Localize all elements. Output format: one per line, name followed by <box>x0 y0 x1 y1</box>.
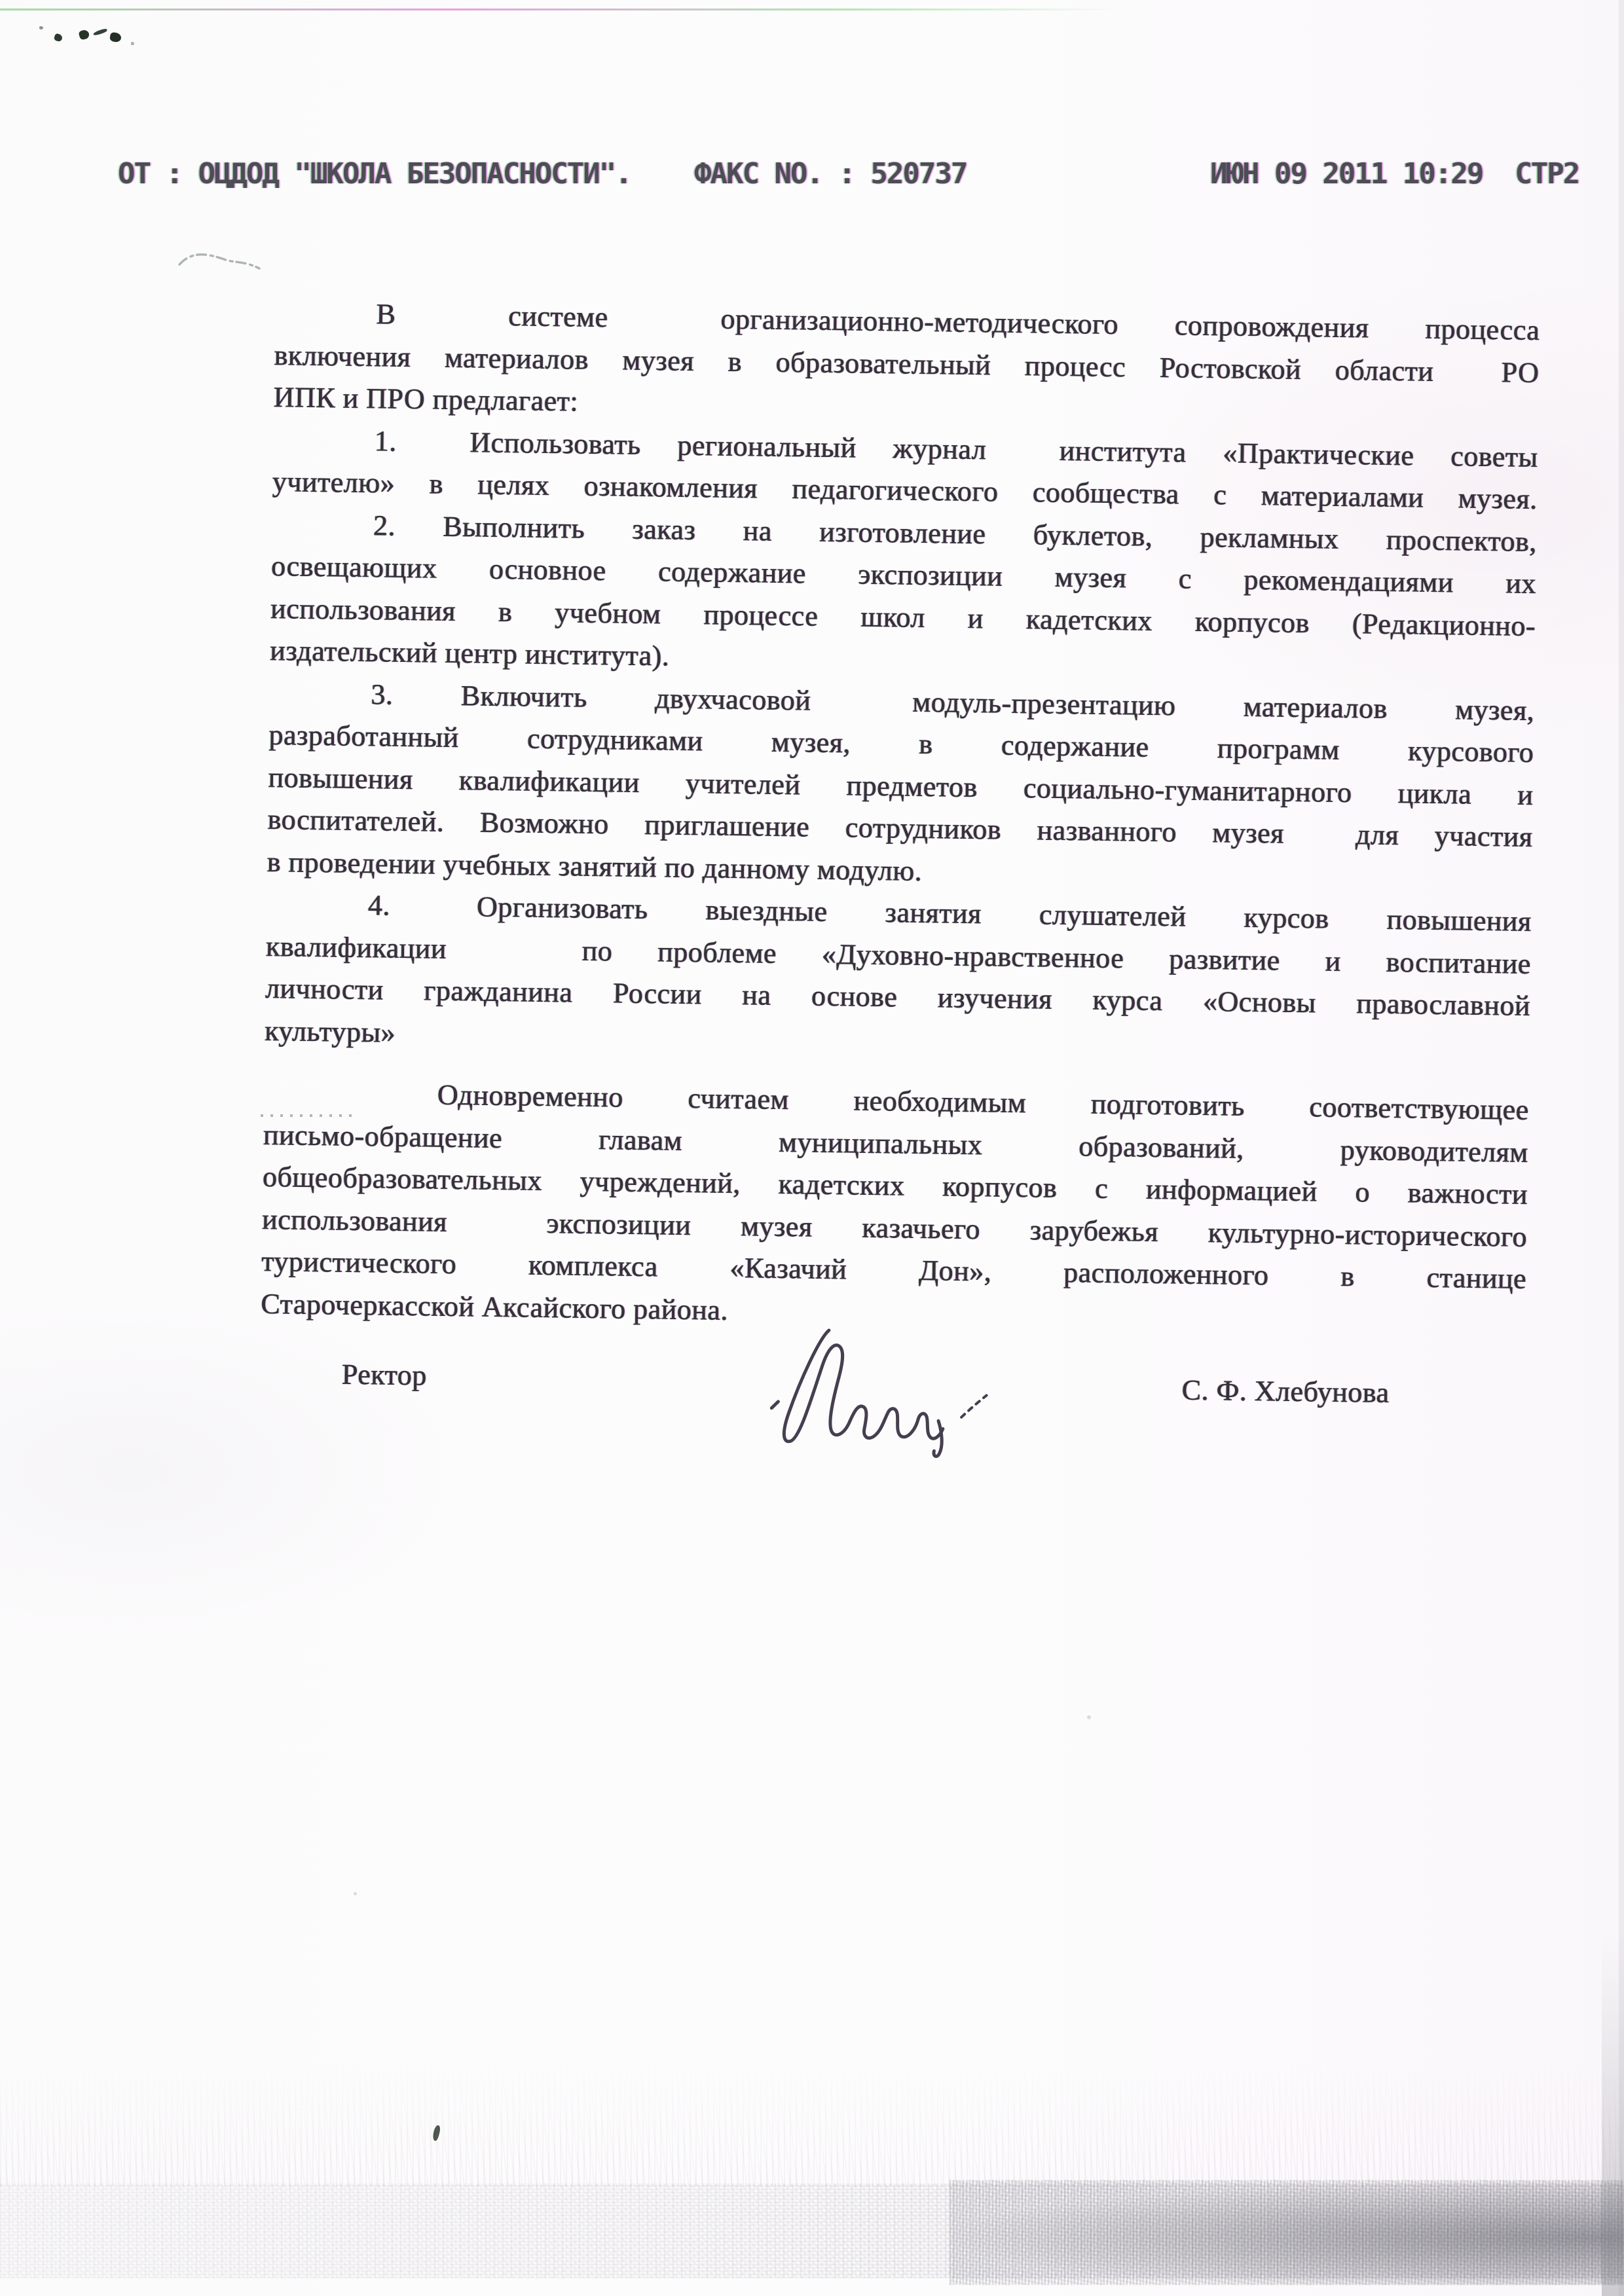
ink-speck <box>93 28 108 37</box>
scan-edge-streak <box>1619 0 1624 2296</box>
paragraph: 3. Включить двухчасовой модуль-презентац… <box>267 672 1534 900</box>
ink-speck <box>53 33 63 42</box>
fax-header-date-page: ИЮН 09 2011 10:29 СТР2 <box>1210 157 1579 191</box>
handwritten-signature <box>745 1315 1002 1462</box>
paragraph: 2. Выполнить заказ на изготовление букле… <box>270 503 1537 689</box>
fax-header-fax-number: ФАКС NO. : 520737 <box>694 157 967 191</box>
ink-speck <box>78 29 90 40</box>
fax-header: ОТ : ОЦДОД "ШКОЛА БЕЗОПАСНОСТИ". ФАКС NO… <box>0 157 1624 194</box>
ink-speck <box>109 32 122 43</box>
scan-artifact-topline <box>0 9 1126 10</box>
pencil-squiggle-mark <box>175 244 274 283</box>
paragraph: Одновременно считаем необходимым подгото… <box>261 1072 1529 1343</box>
signatory-title: Ректор <box>341 1354 427 1397</box>
scan-speck <box>354 1892 357 1895</box>
paragraph: 4. Организовать выездные занятия слушате… <box>265 883 1532 1070</box>
scan-noise-band-right <box>950 2180 1624 2285</box>
scanned-fax-page: ОТ : ОЦДОД "ШКОЛА БЕЗОПАСНОСТИ". ФАКС NO… <box>0 0 1624 2296</box>
scan-speck <box>1087 1715 1091 1719</box>
document-body: В системе организационно-методического с… <box>257 292 1540 1567</box>
signatory-name: С. Ф. Хлебунова <box>1181 1370 1390 1415</box>
scan-artifact-dotted-line <box>261 1114 359 1117</box>
ink-speck <box>39 26 43 29</box>
ink-speck <box>131 42 134 45</box>
fax-header-sender: ОТ : ОЦДОД "ШКОЛА БЕЗОПАСНОСТИ". <box>118 157 631 191</box>
scan-noise-fade <box>0 2062 1624 2187</box>
paragraph: В системе организационно-методического с… <box>273 292 1540 436</box>
